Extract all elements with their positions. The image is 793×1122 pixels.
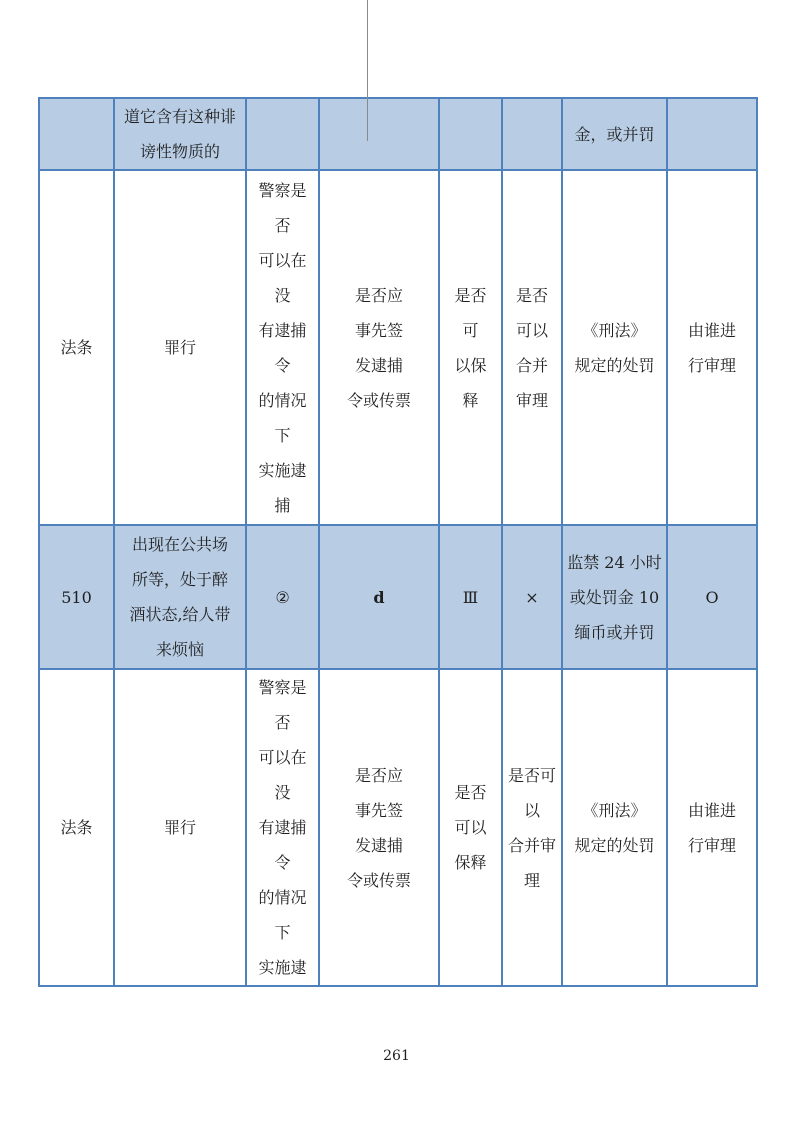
table-cell: 是否 可以 保释 — [439, 669, 502, 986]
table-cell: 是否 可 以保 释 — [439, 170, 502, 525]
table-cell: 由谁进 行审理 — [667, 170, 757, 525]
table-cell: 道它含有这种诽 谤性物质的 — [114, 98, 246, 170]
table-cell — [667, 98, 757, 170]
table-cell: 出现在公共场 所等，处于醉 酒状态,给人带 来烦恼 — [114, 525, 246, 669]
table-cell: 监禁 24 小时 或处罚金 10 缅币或并罚 — [562, 525, 667, 669]
table-row-header-repeat: 法条 罪行 警察是 否 可以在 没 有逮捕 令 的情况 下 实施逮 是否应 事先… — [39, 669, 757, 986]
table-cell: 法条 — [39, 170, 114, 525]
table-cell — [319, 98, 439, 170]
table-cell: O — [667, 525, 757, 669]
table-cell: 是否 可以 合并 审理 — [502, 170, 562, 525]
table-cell — [246, 98, 319, 170]
table-cell — [439, 98, 502, 170]
table-cell: 《刑法》 规定的处罚 — [562, 170, 667, 525]
document-page: 道它含有这种诽 谤性物质的 金，或并罚 法条 罪行 警察是 否 可以在 没 有逮… — [0, 0, 793, 1122]
table-cell: d — [319, 525, 439, 669]
table-cell: 由谁进 行审理 — [667, 669, 757, 986]
table-cell: ② — [246, 525, 319, 669]
stray-vertical-line — [367, 0, 368, 141]
table-cell: 警察是 否 可以在 没 有逮捕 令 的情况 下 实施逮 — [246, 669, 319, 986]
table-cell: 法条 — [39, 669, 114, 986]
table-row-article-510: 510 出现在公共场 所等，处于醉 酒状态,给人带 来烦恼 ② d Ⅲ × 监禁… — [39, 525, 757, 669]
page-number: 261 — [0, 1046, 793, 1066]
table-cell: 罪行 — [114, 669, 246, 986]
table-cell — [502, 98, 562, 170]
table-cell: 罪行 — [114, 170, 246, 525]
table-cell: 金，或并罚 — [562, 98, 667, 170]
table-cell: × — [502, 525, 562, 669]
table-cell: 510 — [39, 525, 114, 669]
table-cell: 《刑法》 规定的处罚 — [562, 669, 667, 986]
table-cell: 是否应 事先签 发逮捕 令或传票 — [319, 669, 439, 986]
table-cell: Ⅲ — [439, 525, 502, 669]
table-cell: 是否应 事先签 发逮捕 令或传票 — [319, 170, 439, 525]
table-row-continuation: 道它含有这种诽 谤性物质的 金，或并罚 — [39, 98, 757, 170]
table-cell: 是否可 以 合并审 理 — [502, 669, 562, 986]
legal-provisions-table: 道它含有这种诽 谤性物质的 金，或并罚 法条 罪行 警察是 否 可以在 没 有逮… — [38, 97, 758, 987]
table-cell: 警察是 否 可以在 没 有逮捕 令 的情况 下 实施逮 捕 — [246, 170, 319, 525]
table-cell — [39, 98, 114, 170]
table-row-header: 法条 罪行 警察是 否 可以在 没 有逮捕 令 的情况 下 实施逮 捕 是否应 … — [39, 170, 757, 525]
